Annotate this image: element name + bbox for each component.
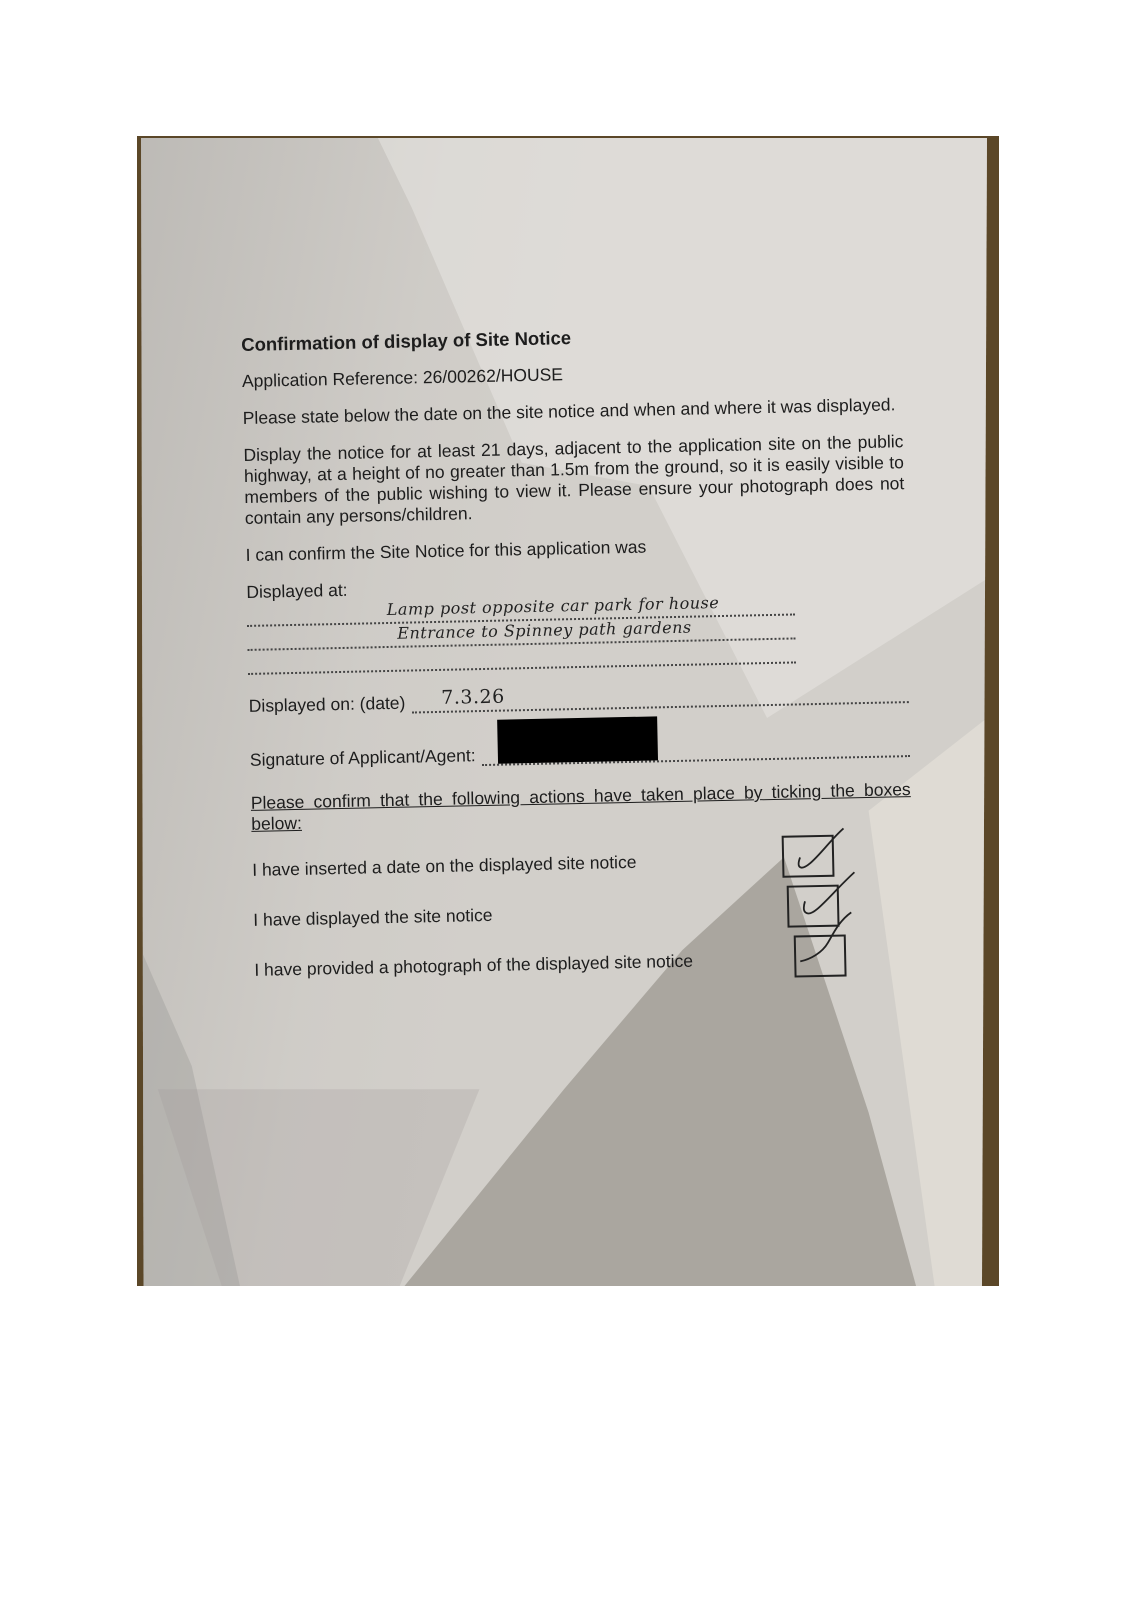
- document-photo: Confirmation of display of Site Notice A…: [137, 136, 999, 1286]
- signature-field[interactable]: [481, 733, 910, 766]
- application-reference: Application Reference: 26/00262/HOUSE: [242, 357, 902, 392]
- checklist-item-label: I have displayed the site notice: [253, 904, 493, 930]
- tick-icon: [789, 887, 838, 926]
- signature-label: Signature of Applicant/Agent:: [250, 745, 476, 771]
- checklist-item-label: I have inserted a date on the displayed …: [252, 851, 637, 880]
- application-reference-label: Application Reference:: [242, 367, 418, 391]
- signature-redaction: [497, 716, 658, 763]
- application-reference-value: 26/00262/HOUSE: [423, 364, 563, 387]
- displayed-on-row: Displayed on: (date) 7.3.26: [249, 679, 909, 717]
- paper-sheet: Confirmation of display of Site Notice A…: [141, 138, 987, 1286]
- instruction-text-1: Please state below the date on the site …: [243, 394, 903, 429]
- checkbox[interactable]: [794, 934, 847, 977]
- handwritten-date: 7.3.26: [441, 687, 505, 709]
- signature-row: Signature of Applicant/Agent:: [250, 733, 910, 771]
- confirm-intro: I can confirm the Site Notice for this a…: [245, 531, 905, 566]
- displayed-on-field[interactable]: 7.3.26: [411, 679, 909, 713]
- checkbox[interactable]: [782, 835, 835, 878]
- checkbox[interactable]: [787, 885, 840, 928]
- instruction-text-2: Display the notice for at least 21 days,…: [243, 431, 905, 529]
- tick-icon: [784, 837, 833, 876]
- tick-icon: [796, 937, 845, 976]
- checklist-item-label: I have provided a photograph of the disp…: [254, 950, 693, 980]
- site-notice-form: Confirmation of display of Site Notice A…: [241, 320, 915, 995]
- displayed-on-label: Displayed on: (date): [249, 693, 406, 717]
- form-title: Confirmation of display of Site Notice: [241, 320, 901, 355]
- checklist-instruction: Please confirm that the following action…: [251, 779, 912, 835]
